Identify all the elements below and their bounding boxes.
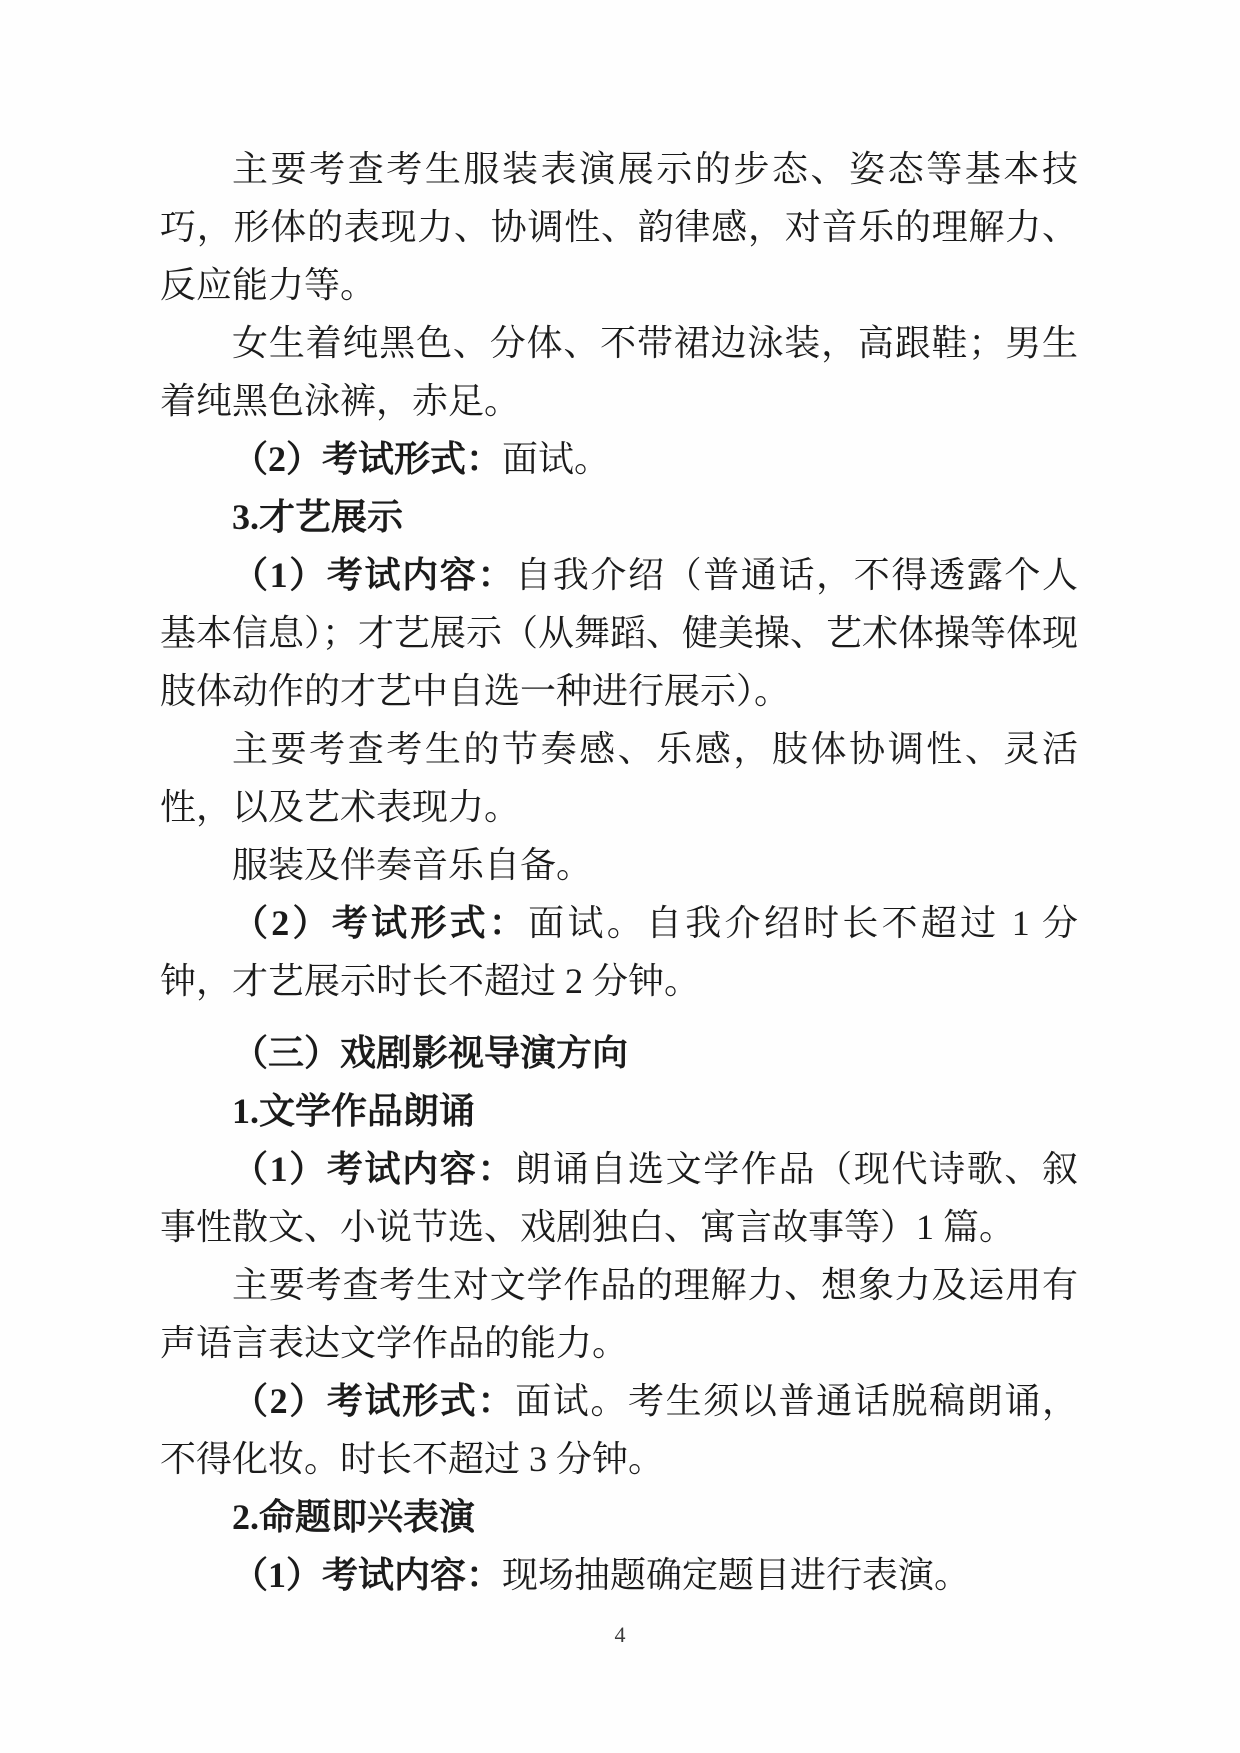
exam-format-text: 面试。 (502, 439, 610, 479)
document-body: 主要考查考生服装表演展示的步态、姿态等基本技巧，形体的表现力、协调性、韵律感，对… (160, 140, 1078, 1604)
para-assess-comprehension: 主要考查考生对文学作品的理解力、想象力及运用有声语言表达文学作品的能力。 (160, 1256, 1078, 1372)
document-page: 主要考查考生服装表演展示的步态、姿态等基本技巧，形体的表现力、协调性、韵律感，对… (0, 0, 1240, 1753)
heading-talent-show: 3.才艺展示 (160, 488, 1078, 546)
exam-content-label: （1）考试内容： (232, 1149, 515, 1189)
exam-format-label: （2）考试形式： (232, 903, 528, 943)
heading-improv-performance: 2.命题即兴表演 (160, 1488, 1078, 1546)
para-exam-content-recitation: （1）考试内容：朗诵自选文学作品（现代诗歌、叙事性散文、小说节选、戏剧独白、寓言… (160, 1140, 1078, 1256)
para-exam-content-talent: （1）考试内容：自我介绍（普通话，不得透露个人基本信息）；才艺展示（从舞蹈、健美… (160, 546, 1078, 720)
page-number: 4 (0, 1620, 1240, 1650)
para-assess-rhythm: 主要考查考生的节奏感、乐感，肢体协调性、灵活性，以及艺术表现力。 (160, 720, 1078, 836)
para-swimwear-requirements: 女生着纯黑色、分体、不带裙边泳装，高跟鞋；男生着纯黑色泳裤，赤足。 (160, 314, 1078, 430)
section-heading-directing: （三）戏剧影视导演方向 (160, 1024, 1078, 1082)
para-exam-format-modeling: （2）考试形式：面试。 (160, 430, 1078, 488)
exam-format-label: （2）考试形式： (232, 1381, 515, 1421)
exam-content-label: （1）考试内容： (232, 555, 515, 595)
exam-content-label: （1）考试内容： (232, 1555, 502, 1595)
heading-literary-recitation: 1.文学作品朗诵 (160, 1082, 1078, 1140)
para-assess-catwalk: 主要考查考生服装表演展示的步态、姿态等基本技巧，形体的表现力、协调性、韵律感，对… (160, 140, 1078, 314)
para-costume-music: 服装及伴奏音乐自备。 (160, 836, 1078, 894)
para-exam-format-talent: （2）考试形式：面试。自我介绍时长不超过 1 分钟，才艺展示时长不超过 2 分钟… (160, 894, 1078, 1010)
exam-content-text: 现场抽题确定题目进行表演。 (502, 1555, 970, 1595)
para-exam-content-improv: （1）考试内容：现场抽题确定题目进行表演。 (160, 1546, 1078, 1604)
exam-format-label: （2）考试形式： (232, 439, 502, 479)
para-exam-format-recitation: （2）考试形式：面试。考生须以普通话脱稿朗诵，不得化妆。时长不超过 3 分钟。 (160, 1372, 1078, 1488)
